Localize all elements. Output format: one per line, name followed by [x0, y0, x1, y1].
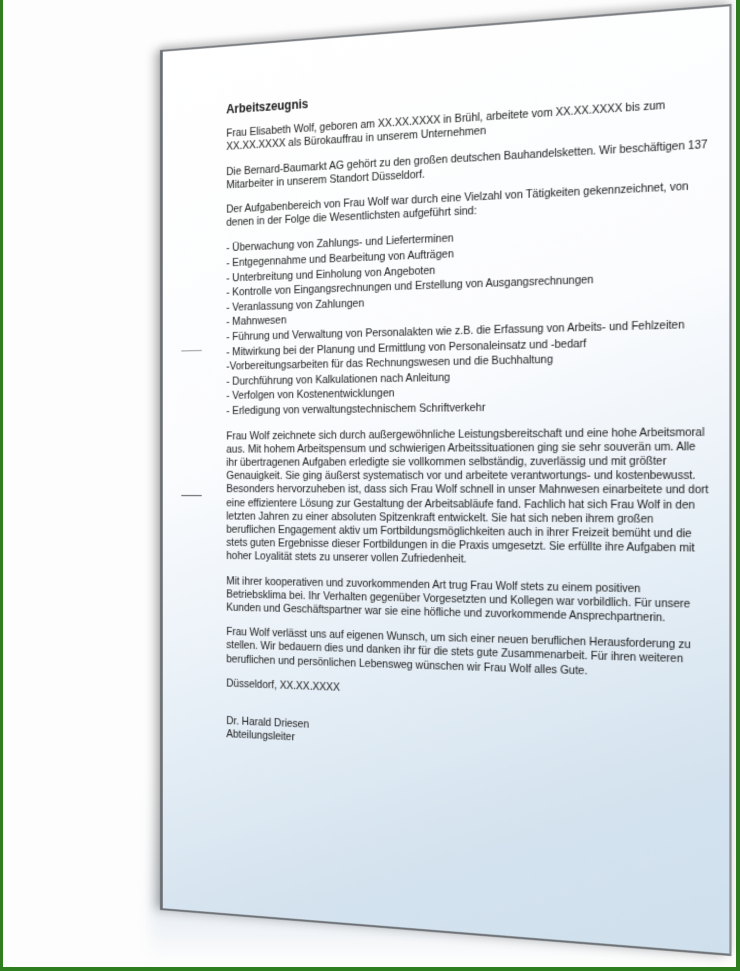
- performance-paragraph: Frau Wolf zeichnete sich durch außergewö…: [226, 425, 710, 571]
- document-body: Arbeitszeugnis Frau Elisabeth Wolf, gebo…: [226, 70, 710, 765]
- fold-mark: [181, 350, 202, 352]
- document-page: Arbeitszeugnis Frau Elisabeth Wolf, gebo…: [160, 4, 732, 956]
- closing-paragraph: Frau Wolf verlässt uns auf eigenen Wunsc…: [226, 626, 710, 683]
- signature-block: Dr. Harald Driesen Abteilungsleiter: [226, 715, 710, 765]
- behavior-paragraph: Mit ihrer kooperativen und zuvorkommende…: [226, 575, 710, 627]
- place-date: Düsseldorf, XX.XX.XXXX: [226, 677, 710, 709]
- task-list: - Überwachung von Zahlungs- und Lieferte…: [226, 220, 710, 419]
- punch-mark: [181, 495, 202, 496]
- document-preview-stage: Arbeitszeugnis Frau Elisabeth Wolf, gebo…: [0, 0, 740, 971]
